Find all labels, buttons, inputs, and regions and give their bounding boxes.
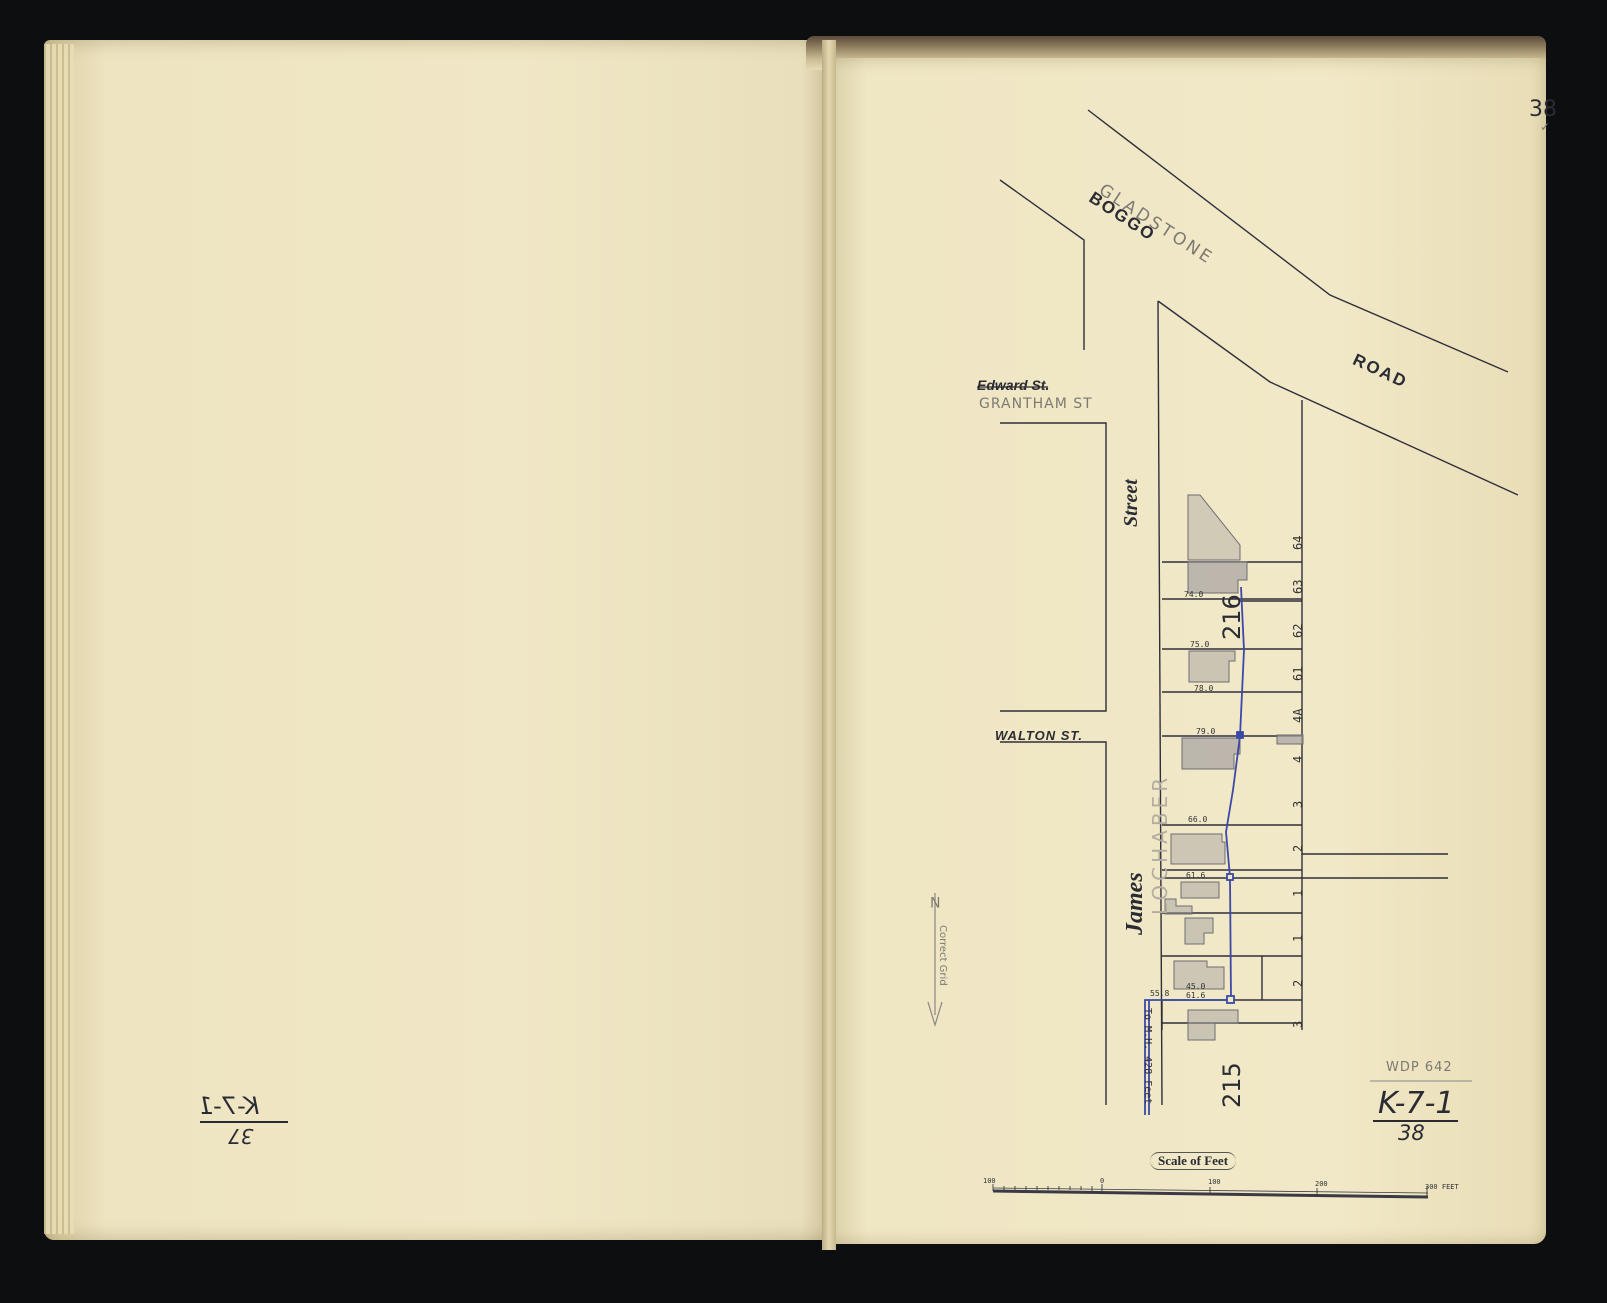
scale-tick-label: 100 bbox=[1208, 1178, 1221, 1186]
lot-label: 2 bbox=[1291, 845, 1305, 852]
lot-label: 61 bbox=[1291, 667, 1305, 681]
block-215-label: 215 bbox=[1218, 1062, 1246, 1108]
scale-tick-label: 200 bbox=[1315, 1180, 1328, 1188]
west-block-lower bbox=[1000, 742, 1106, 1105]
frontage-label: 66.0 bbox=[1188, 815, 1207, 824]
street-label: Street bbox=[1120, 479, 1143, 527]
scale-tick-label: 100 bbox=[983, 1177, 996, 1185]
scale-title: Scale of Feet bbox=[1150, 1152, 1236, 1170]
walton-st-label: WALTON ST. bbox=[995, 728, 1083, 743]
lot-label: 62 bbox=[1291, 624, 1305, 638]
frontage-label: 61.6 bbox=[1186, 991, 1205, 1000]
lot-label: 64 bbox=[1291, 536, 1305, 550]
sheet-ref-top: K-7-1 bbox=[1378, 1086, 1454, 1121]
james-label: James bbox=[1122, 872, 1149, 935]
edward-st-label: Edward St. bbox=[977, 377, 1049, 393]
lot-label: 4A bbox=[1291, 709, 1305, 723]
scale-tick-label: 0 bbox=[1100, 1177, 1104, 1185]
west-block-middle bbox=[1000, 423, 1106, 711]
atlas-book: 38 ✓ GLADSTONE BOGGO ROAD Edward St. GRA… bbox=[0, 0, 1607, 1303]
west-block-top bbox=[1000, 180, 1084, 350]
lot-label: 3 bbox=[1291, 801, 1305, 808]
frontage-label: 74.0 bbox=[1184, 590, 1203, 599]
lot-label: 1 bbox=[1291, 890, 1305, 897]
page-number: 38 bbox=[1529, 97, 1557, 122]
frontage-label: 45.0 bbox=[1186, 982, 1205, 991]
frontage-label: 78.0 bbox=[1194, 684, 1213, 693]
wdp-pencil-note: WDP 642 bbox=[1386, 1060, 1453, 1075]
frontage-label: 61.6 bbox=[1186, 871, 1205, 880]
lot-label: 63 bbox=[1291, 580, 1305, 594]
sheet-ref-bottom: 38 bbox=[1398, 1121, 1425, 1145]
lochaber-pencil-label: LOCHABER bbox=[1148, 774, 1172, 915]
scale-tick-label: 300 FEET bbox=[1425, 1183, 1459, 1191]
north-arrow-pencil-note: Correct Grid bbox=[937, 925, 948, 986]
sewer-note: To M.H. 428 Feet bbox=[1142, 1008, 1153, 1104]
boggo-road-south-edge bbox=[1158, 301, 1518, 495]
north-letter: N bbox=[930, 893, 940, 909]
mirrored-sheet-ref-top: K-7-1 bbox=[198, 1092, 259, 1120]
page-check-mark: ✓ bbox=[1540, 120, 1550, 134]
block-216-label: 216 bbox=[1218, 594, 1246, 640]
frontage-label: 75.0 bbox=[1190, 640, 1209, 649]
lot-label: 4 bbox=[1291, 756, 1305, 763]
mirrored-sheet-ref-bottom: 37 bbox=[228, 1124, 253, 1148]
grantham-st-pencil-label: GRANTHAM ST bbox=[979, 396, 1093, 412]
frontage-label: 55.8 bbox=[1150, 989, 1169, 998]
james-street-east-edge bbox=[1158, 301, 1162, 1105]
lot-label: 1 bbox=[1291, 935, 1305, 942]
buildings bbox=[1165, 495, 1303, 1040]
lot-label: 2 bbox=[1291, 980, 1305, 987]
lot-label: 3 bbox=[1291, 1021, 1305, 1028]
frontage-label: 79.0 bbox=[1196, 727, 1215, 736]
